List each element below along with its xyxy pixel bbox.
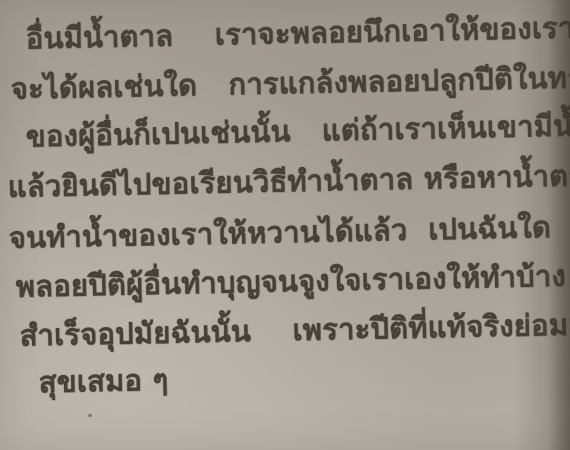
scanned-page: อื่นมีน้ำตาล เราจะพลอยนึกเอาให้ของเราหวา… [0,0,570,450]
ink-speck [88,414,92,417]
text-line: จะได้ผลเช่นใด การแกล้งพลอยปลูกปีติในทาน [10,54,570,112]
text-line: อื่นมีน้ำตาล เราจะพลอยนึกเอาให้ของเราหวา… [25,3,570,61]
text-line: จนทำน้ำของเราให้หวานได้แล้ว เปนฉันใด การ… [8,202,570,261]
text-line: สุขเสมอ ๆ [38,357,169,406]
text-line: พลอยปีติผู้อื่นทำบุญจนจูงใจเราเองให้ทำบ้… [15,251,570,309]
text-line: แล้วยินดีไปขอเรียนวิธีทำน้ำตาล หรือหาน้ำ… [7,151,570,210]
text-line: สำเร็จอุปมัยฉันนั้น เพราะปีติที่แท้จริงย… [19,301,570,359]
page-text-block: อื่นมีน้ำตาล เราจะพลอยนึกเอาให้ของเราหวา… [0,0,570,450]
